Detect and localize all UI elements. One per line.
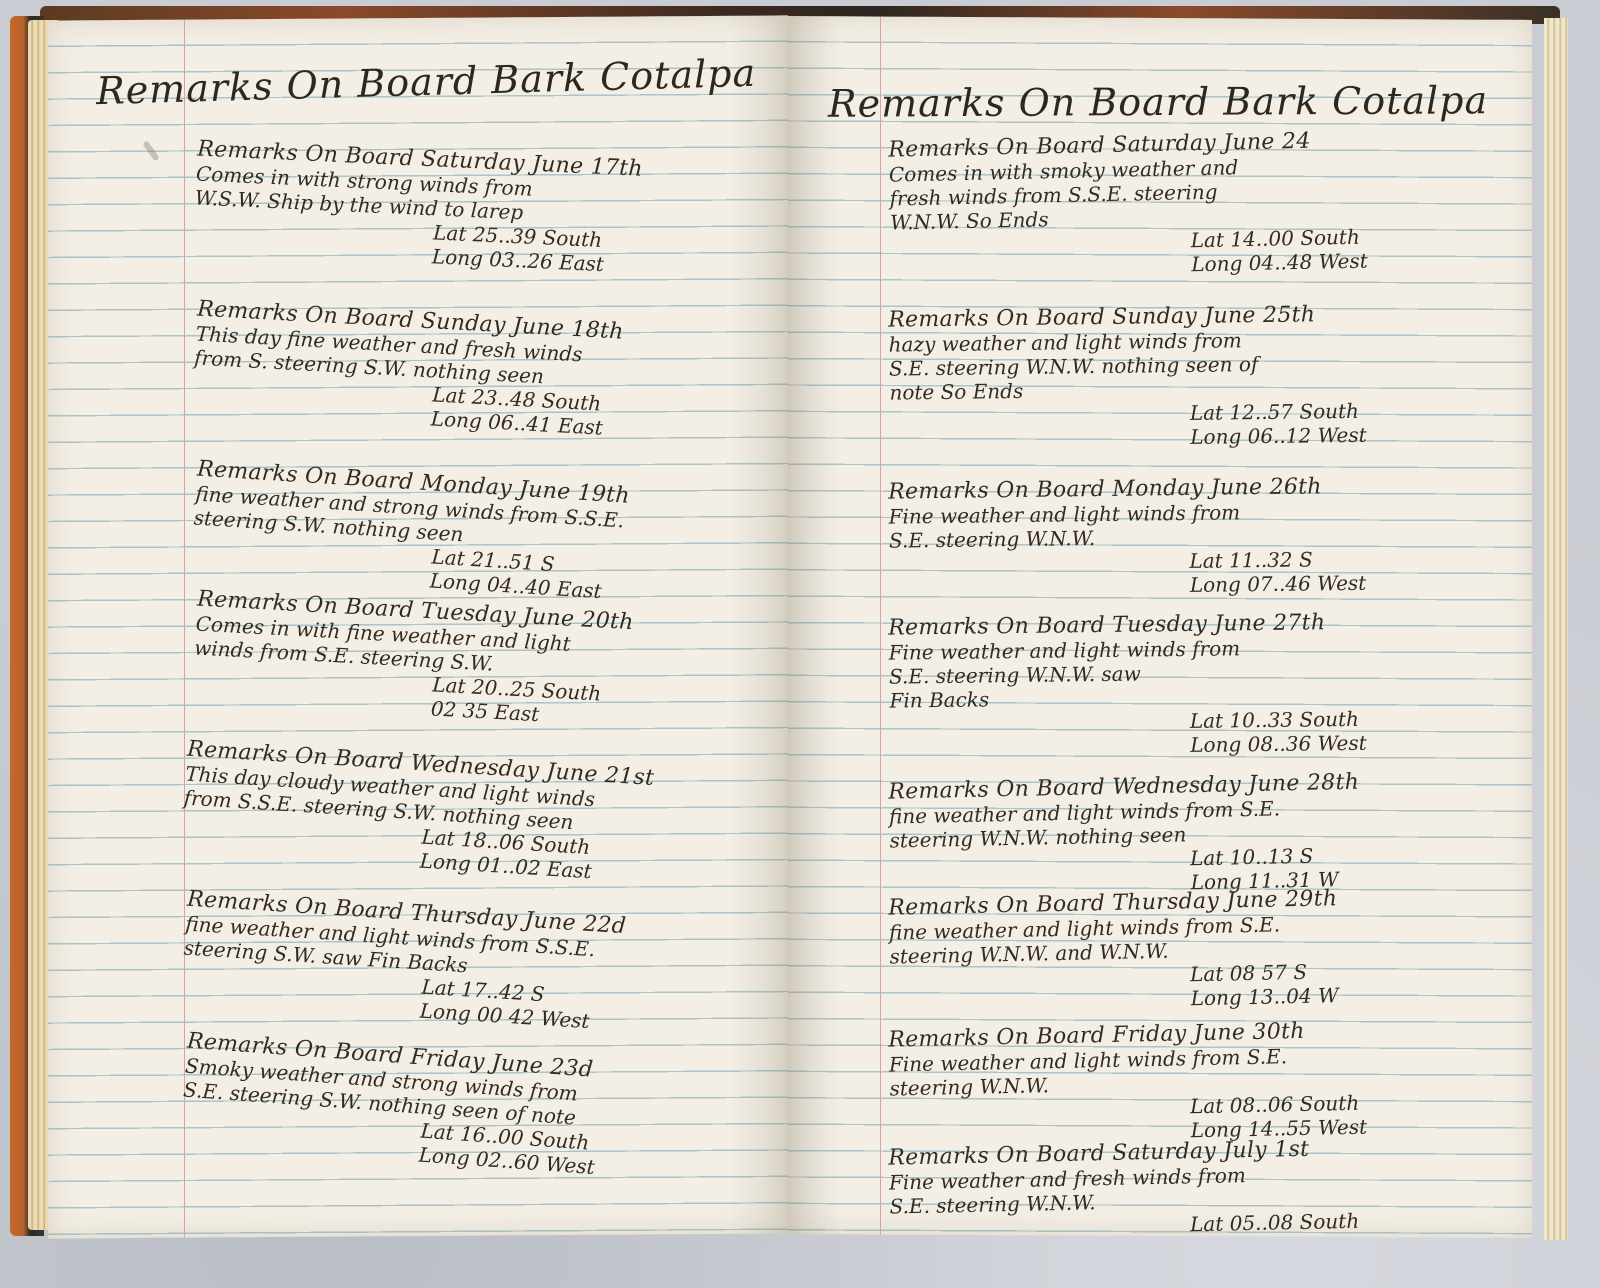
log-entry: Remarks On Board Friday June 23d Smoky w… (179, 1030, 604, 1179)
log-entry: Remarks On Board Thursday June 29th fine… (888, 887, 1340, 1016)
longitude: Long 08..36 West (890, 731, 1367, 761)
longitude: Long 06..12 West (890, 423, 1367, 453)
log-entry: Remarks On Board Monday June 19th fine w… (190, 458, 631, 605)
page-heading: Remarks On Board Bark Cotalpa (96, 51, 757, 113)
longitude: Long 07..46 West (890, 571, 1367, 601)
margin-rule (184, 20, 185, 1238)
log-entry: Remarks On Board Saturday June 24 Comes … (888, 129, 1368, 283)
log-entry: Remarks On Board Sunday June 18th This d… (191, 298, 625, 441)
log-entry: Remarks On Board Thursday June 22d fine … (180, 888, 627, 1035)
open-logbook: Remarks On Board Bark Cotalpa Remarks On… (10, 6, 1582, 1256)
log-entry: Remarks On Board Monday June 26th Fine w… (888, 475, 1366, 601)
ink-blot (142, 140, 160, 161)
log-entry: Remarks On Board Tuesday June 20th Comes… (191, 588, 635, 731)
log-entry: Remarks On Board Tuesday June 27th Fine … (888, 611, 1367, 761)
log-entry: Remarks On Board Friday June 30th Fine w… (888, 1019, 1367, 1149)
log-entry: Remarks On Board Wednesday June 21st Thi… (180, 738, 655, 887)
log-entry: Remarks On Board Saturday July 1st Fine … (888, 1137, 1361, 1238)
log-entry: Remarks On Board Saturday June 17th Come… (192, 138, 644, 278)
page-heading: Remarks On Board Bark Cotalpa (828, 78, 1489, 125)
margin-rule (880, 17, 881, 1235)
left-page: Remarks On Board Bark Cotalpa Remarks On… (48, 15, 788, 1238)
right-page: Remarks On Board Bark Cotalpa Remarks On… (788, 16, 1532, 1238)
log-entry: Remarks On Board Wednesday June 28th fin… (888, 771, 1362, 901)
page-edges-right (1544, 18, 1568, 1240)
log-entry: Remarks On Board Sunday June 25th hazy w… (888, 303, 1367, 453)
